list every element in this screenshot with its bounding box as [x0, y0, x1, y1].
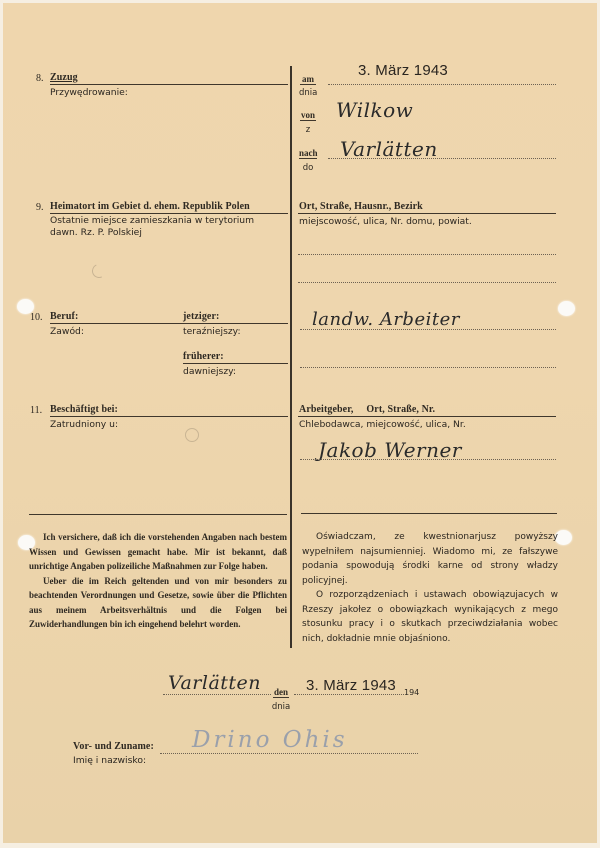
do-label: do: [300, 163, 316, 173]
heimatort-label-pl-1: Ostatnie miejsce zamieszkania w terytori…: [50, 215, 254, 226]
declaration-de-paragraph: Ich versichere, daß ich die vorstehenden…: [29, 530, 287, 574]
beschaftigt-label-de: Beschäftigt bei:: [50, 404, 118, 415]
heimatort-label-de: Heimatort im Gebiet d. ehem. Republik Po…: [50, 201, 250, 212]
address-label-pl: miejscowość, ulica, Nr. domu, powiat.: [299, 216, 472, 227]
dawniejszy-label-pl: dawniejszy:: [183, 366, 236, 377]
section10-rule: [50, 323, 288, 324]
declaration-pl-paragraph: O rozporządzeniach i ustawach obowiązuja…: [302, 588, 558, 646]
employer-line: [300, 459, 556, 460]
z-label: z: [300, 125, 316, 135]
name-label-pl: Imię i nazwisko:: [73, 755, 146, 766]
section10-former-rule: [183, 363, 288, 364]
nach-field[interactable]: Varlätten: [340, 137, 438, 161]
section9-right-rule: [298, 213, 556, 214]
declaration-pl: Oświadczam, ze kwestnionarjusz powyższy …: [302, 530, 558, 646]
dnia-label: dnia: [271, 702, 291, 712]
zawod-label-pl: Zawód:: [50, 326, 84, 337]
arrival-date-stamp[interactable]: 3. März 1943: [358, 62, 448, 79]
declaration-rule-right: [301, 513, 557, 514]
section-number: 9.: [36, 202, 44, 213]
section8-rule: [50, 84, 288, 85]
fruherer-label-de: früherer:: [183, 351, 224, 362]
employer-label-pl: Chlebodawca, miejcowość, ulica, Nr.: [299, 419, 466, 430]
declaration-pl-paragraph: Oświadczam, ze kwestnionarjusz powyższy …: [302, 530, 558, 588]
beruf-label-de: Beruf:: [50, 311, 78, 322]
section-number: 8.: [36, 73, 44, 84]
address-line-1[interactable]: [298, 254, 556, 255]
place-field[interactable]: Varlätten: [168, 672, 261, 694]
declaration-de: Ich versichere, daß ich die vorstehenden…: [29, 530, 287, 632]
den-label: den: [273, 687, 289, 698]
von-field[interactable]: Wilkow: [336, 98, 413, 122]
punch-hole: [558, 301, 575, 316]
heimatort-label-pl-2: dawn. Rz. P. Polskiej: [50, 227, 142, 238]
declaration-de-paragraph: Ueber die im Reich geltenden und von mir…: [29, 574, 287, 632]
employer-label-de: Arbeitgeber, Ort, Straße, Nr.: [299, 404, 435, 415]
signature-date-stamp[interactable]: 3. März 1943: [306, 677, 396, 694]
section11-rule: [50, 416, 288, 417]
section11-right-rule: [298, 416, 556, 417]
zatrudniony-label-pl: Zatrudniony u:: [50, 419, 118, 430]
nach-label: nach: [299, 148, 317, 159]
name-field[interactable]: Drino Ohis: [192, 727, 348, 753]
current-occupation-field[interactable]: landw. Arbeiter: [312, 309, 460, 330]
name-label-de: Vor- und Zuname:: [73, 741, 154, 752]
arrival-date-line: [328, 84, 556, 85]
place-line: [163, 694, 271, 695]
am-label: am: [300, 74, 316, 85]
current-occupation-line: [300, 329, 556, 330]
dnia-label: dnia: [299, 88, 317, 98]
section-number: 10.: [30, 312, 43, 323]
year-prefix: 194: [404, 688, 419, 697]
address-line-2[interactable]: [298, 282, 556, 283]
former-occupation-line[interactable]: [300, 367, 556, 368]
address-label-de: Ort, Straße, Hausnr., Bezirk: [299, 201, 423, 212]
zuzug-label-pl: Przywędrowanie:: [50, 87, 128, 98]
signature-date-line: [294, 694, 404, 695]
jetziger-label-de: jetziger:: [183, 311, 219, 322]
column-divider: [290, 66, 292, 648]
section-number: 11.: [30, 405, 42, 416]
declaration-rule-left: [29, 514, 287, 515]
name-line: [160, 753, 418, 754]
von-label: von: [300, 110, 316, 121]
terazniejszy-label-pl: teraźniejszy:: [183, 326, 241, 337]
stain-ring: [185, 428, 199, 442]
zuzug-label-de: Zuzug: [50, 72, 78, 83]
